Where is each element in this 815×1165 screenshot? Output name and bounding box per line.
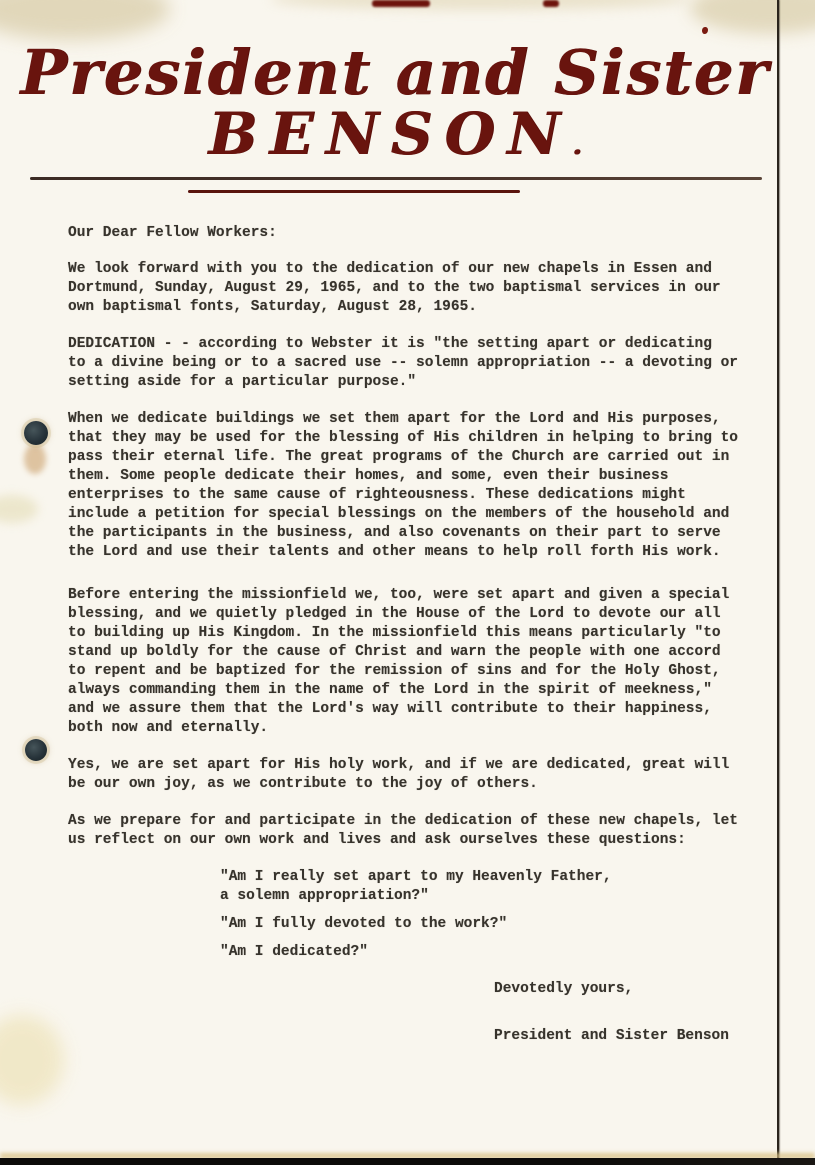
- masthead-rule-short: [188, 190, 520, 193]
- red-speck-top-right: [702, 27, 708, 34]
- paper-stain-top-left: [0, 0, 170, 40]
- paper-stain-top-right: [690, 0, 815, 34]
- paragraph-dedication-announcement: We look forward with you to the dedicati…: [68, 260, 768, 317]
- questions-block: "Am I really set apart to my Heavenly Fa…: [220, 868, 768, 962]
- closing-valediction: Devotedly yours,: [494, 980, 768, 999]
- letter-body: Our Dear Fellow Workers: We look forward…: [68, 224, 768, 1061]
- paragraph-dedicate-buildings: When we dedicate buildings we set them a…: [68, 410, 768, 562]
- scan-edge-bottom-strip: [0, 1158, 815, 1165]
- paragraph-missionfield: Before entering the missionfield we, too…: [68, 586, 768, 738]
- question-dedicated: "Am I dedicated?": [220, 943, 768, 962]
- hole-punch-bottom: [25, 739, 47, 761]
- closing-block: Devotedly yours, President and Sister Be…: [494, 980, 768, 1046]
- masthead-title-line1: President and Sister: [0, 36, 790, 109]
- masthead-rule-long: [30, 177, 762, 180]
- hole-punch-top: [24, 421, 48, 445]
- rust-stain-below-hole: [24, 444, 46, 474]
- question-fully-devoted: "Am I fully devoted to the work?": [220, 915, 768, 934]
- red-ink-mark-top-center: [372, 0, 430, 7]
- masthead-title-period: .: [572, 128, 582, 161]
- scan-edge-right-line: [777, 0, 779, 1165]
- paper-stain-top-band: [270, 0, 690, 10]
- masthead-title-line2: BENSON.: [0, 100, 790, 168]
- paragraph-webster-definition: DEDICATION - - according to Webster it i…: [68, 335, 768, 392]
- scanned-letter-page: President and Sister BENSON. Our Dear Fe…: [0, 0, 815, 1165]
- paragraph-set-apart: Yes, we are set apart for His holy work,…: [68, 756, 768, 794]
- masthead-title-benson: BENSON: [208, 100, 572, 168]
- salutation: Our Dear Fellow Workers:: [68, 224, 768, 243]
- paper-stain-left-middle: [0, 495, 38, 523]
- paragraph-reflect-questions: As we prepare for and participate in the…: [68, 812, 768, 850]
- signature-line: President and Sister Benson: [494, 1027, 768, 1046]
- red-ink-mark-top-center-2: [543, 0, 559, 7]
- question-set-apart: "Am I really set apart to my Heavenly Fa…: [220, 868, 768, 906]
- paper-stain-bottom-left: [0, 1015, 64, 1105]
